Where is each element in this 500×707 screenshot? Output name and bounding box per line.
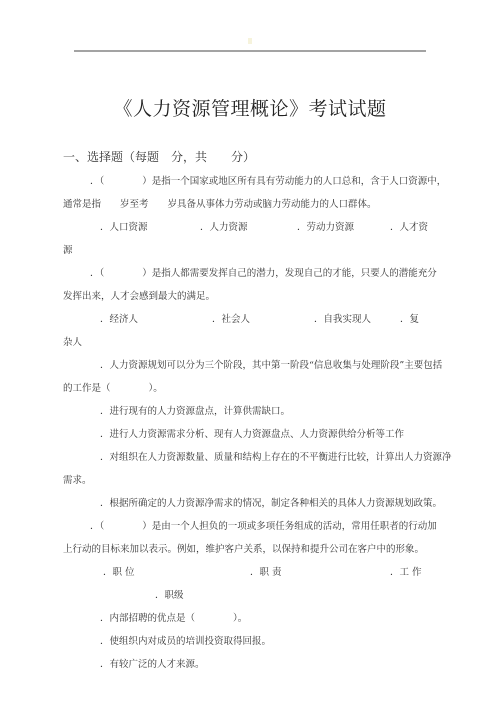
question-4-stem-line-2: 上行动的目标来加以表示。例如，维护客户关系，以保持和提升公司在客户中的形象。 [63,541,424,555]
question-1-option-overflow: 源 [63,242,73,256]
question-2-stem-line-1: ．（ ）是指人都需要发挥自己的潜力，发现自己的才能，只要人的潜能充分 [90,265,437,279]
section-heading: 一、选择题（每题 分，共 分） [63,148,255,165]
question-2-stem-line-2: 发挥出来，人才会感到最大的满足。 [63,288,215,302]
question-1-option-b: ．人力资源 [200,219,248,233]
question-4-option-c: ．工 作 [390,564,422,578]
question-4-option-b: ．职 责 [250,564,282,578]
question-3-stem-line-1: ．人力资源规划可以分为三个阶段，其中第一阶段“信息收集与处理阶段”主要包括 [100,357,442,371]
question-3-option-a: ．进行现有的人力资源盘点，计算供需缺口。 [100,403,290,417]
question-1-option-c: ．劳动力资源 [297,219,354,233]
question-3-option-b: ．进行人力资源需求分析、现有人力资源盘点、人力资源供给分析等工作 [100,426,404,440]
header-mark [248,38,252,44]
question-3-option-c-overflow: 需求。 [63,472,92,486]
question-1-stem-line-1: ．（ ）是指一个国家或地区所有具有劳动能力的人口总和，含于人口资源中， [90,173,446,187]
question-1-option-a: ．人口资源 [100,219,148,233]
question-1-option-d: ．人才资 [390,219,428,233]
question-2-option-b: ．社会人 [212,311,250,325]
question-3-option-c: ．对组织在人力资源数量、质量和结构上存在的不平衡进行比较，计算出人力资源净 [100,449,452,463]
question-4-option-a: ．职 位 [103,564,135,578]
question-3-option-d: ．根据所确定的人力资源净需求的情况，制定各种相关的具体人力资源规划政策。 [100,495,442,509]
question-2-option-overflow: 杂人 [63,334,82,348]
question-2-option-a: ．经济人 [100,311,138,325]
question-4-stem-line-1: ．（ ）是由一个人担负的一项或多项任务组成的活动，常用任职者的行动加 [90,518,437,532]
question-5-option-a: ．使组织内对成员的培训投资取得回报。 [100,633,271,647]
question-5-option-b: ．有较广泛的人才来源。 [100,656,205,670]
question-3-stem-line-2: 的工作是（ ）。 [63,380,163,394]
question-4-option-d: ．职级 [155,587,184,601]
question-2-option-d: ．复 [400,311,419,325]
question-5-stem: ．内部招聘的优点是（ ）。 [100,610,247,624]
question-1-stem-line-2: 通常是指 岁至考 岁具备从事体力劳动或脑力劳动能力的人口群体。 [63,196,377,210]
question-2-option-c: ．自我实现人 [314,311,371,325]
header-rule [74,50,426,52]
page-title: 《人力资源管理概论》考试试题 [0,94,500,121]
